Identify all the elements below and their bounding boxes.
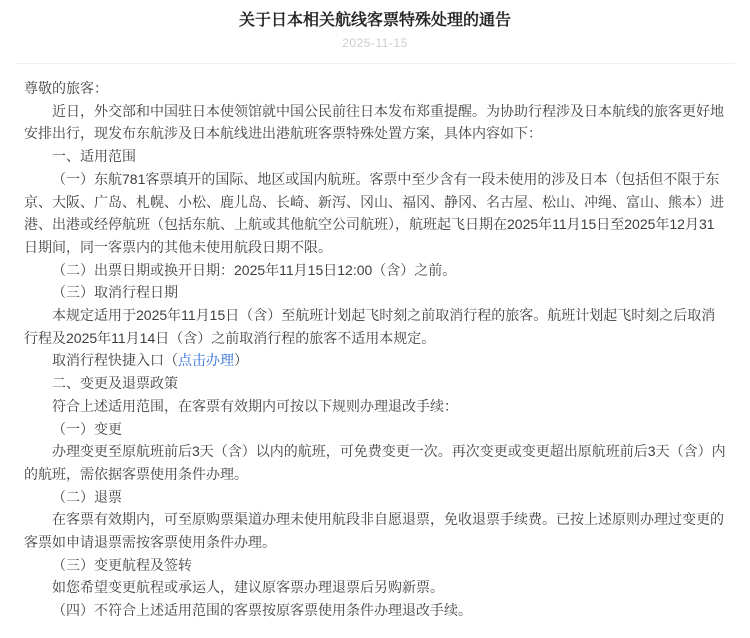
section1-item1: （一）东航781客票填开的国际、地区或国内航班。客票中至少含有一段未使用的涉及日… — [24, 168, 726, 259]
intro-paragraph: 近日，外交部和中国驻日本使领馆就中国公民前往日本发布郑重提醒。为协助行程涉及日本… — [24, 100, 726, 145]
section1-item3-heading: （三）取消行程日期 — [24, 281, 726, 304]
cancel-shortcut-prefix: 取消行程快捷入口（ — [52, 352, 178, 368]
notice-page: { "header": { "title": "关于日本相关航线客票特殊处理的通… — [0, 0, 750, 638]
section2-item3-body: 如您希望变更航程或承运人，建议原客票办理退票后另购新票。 — [24, 576, 726, 599]
section2-item4: （四）不符合上述适用范围的客票按原客票使用条件办理退改手续。 — [24, 599, 726, 622]
notice-body: 尊敬的旅客： 近日，外交部和中国驻日本使领馆就中国公民前往日本发布郑重提醒。为协… — [0, 64, 750, 622]
section1-heading: 一、适用范围 — [24, 145, 726, 168]
section2-item1-heading: （一）变更 — [24, 418, 726, 441]
cancel-shortcut-link[interactable]: 点击办理 — [178, 352, 234, 368]
section2-heading: 二、变更及退票政策 — [24, 372, 726, 395]
section2-item3-heading: （三）变更航程及签转 — [24, 554, 726, 577]
section1-item2: （二）出票日期或换开日期：2025年11月15日12:00（含）之前。 — [24, 259, 726, 282]
cancel-shortcut-line: 取消行程快捷入口（点击办理） — [24, 349, 726, 372]
section2-intro: 符合上述适用范围，在客票有效期内可按以下规则办理退改手续： — [24, 395, 726, 418]
notice-header: 关于日本相关航线客票特殊处理的通告 2025-11-15 — [0, 0, 750, 50]
cancel-shortcut-suffix: ） — [234, 352, 248, 368]
section2-item1-body: 办理变更至原航班前后3天（含）以内的航班，可免费变更一次。再次变更或变更超出原航… — [24, 440, 726, 485]
section2-item2-heading: （二）退票 — [24, 486, 726, 509]
salutation: 尊敬的旅客： — [24, 77, 726, 100]
section1-item3-body: 本规定适用于2025年11月15日（含）至航班计划起飞时刻之前取消行程的旅客。航… — [24, 304, 726, 349]
section2-item2-body: 在客票有效期内，可至原购票渠道办理未使用航段非自愿退票，免收退票手续费。已按上述… — [24, 508, 726, 553]
notice-date: 2025-11-15 — [0, 36, 750, 50]
page-title: 关于日本相关航线客票特殊处理的通告 — [0, 11, 750, 31]
